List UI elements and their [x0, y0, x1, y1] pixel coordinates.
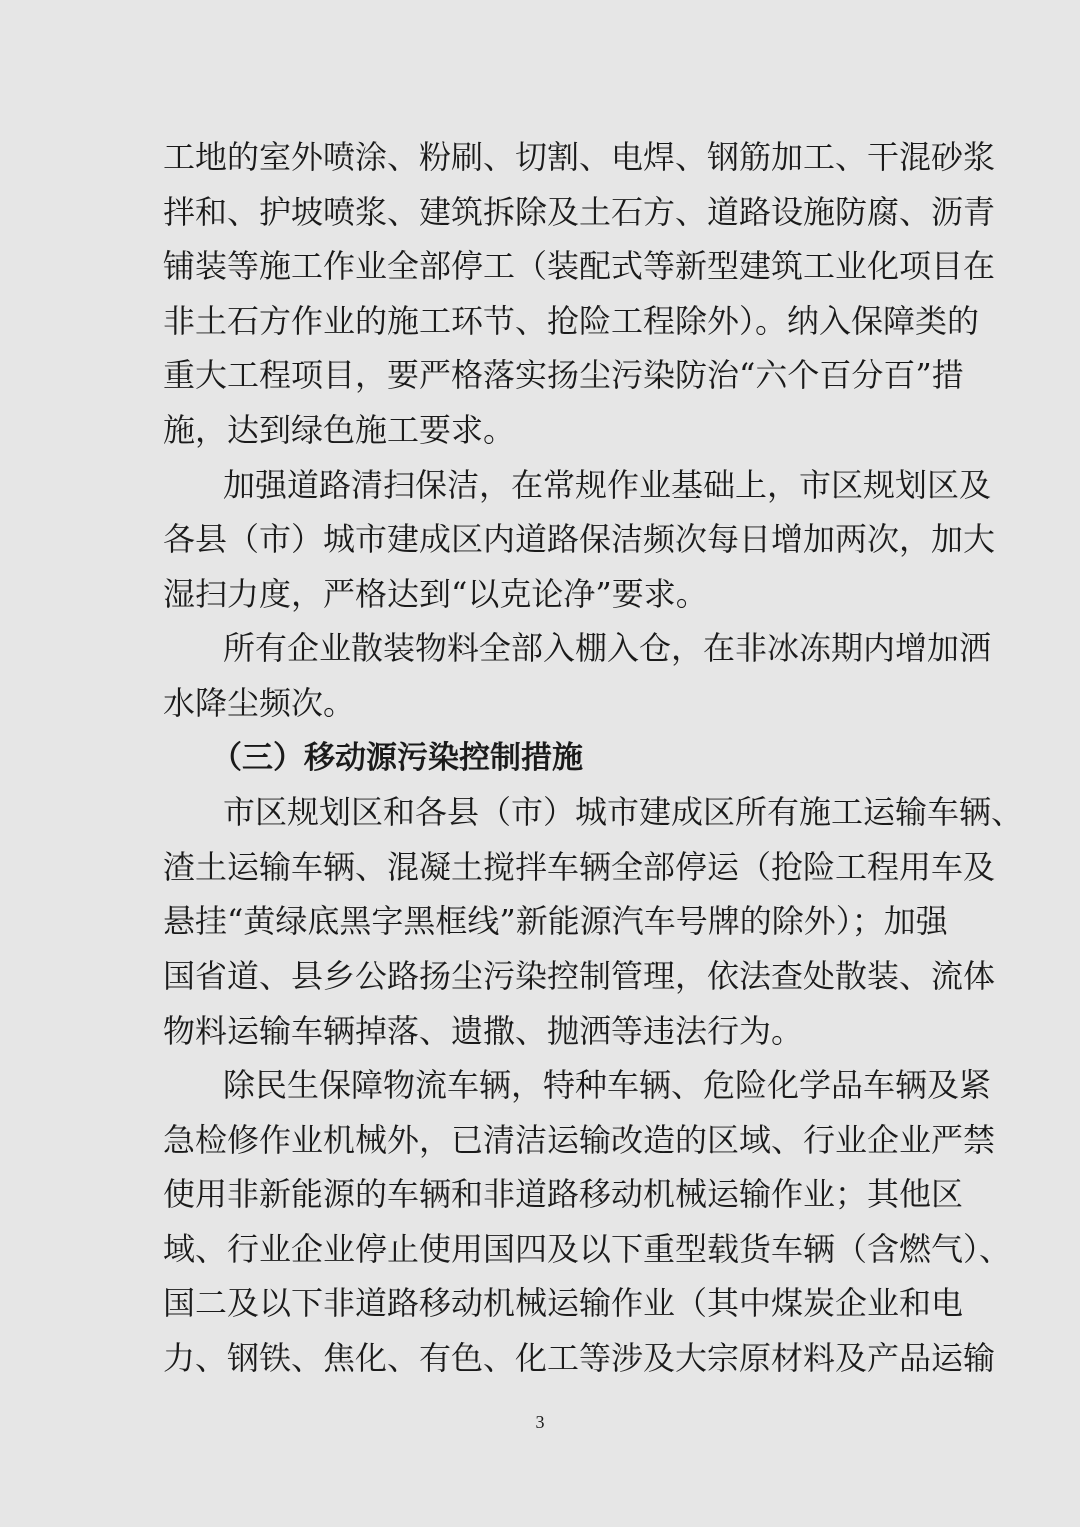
paragraph-vehicle-restrictions: 除民生保障物流车辆，特种车辆、危险化学品车辆及紧 急检修作业机械外，已清洁运输改… — [163, 1058, 915, 1386]
text-line: 各县（市）城市建成区内道路保洁频次每日增加两次，加大 — [163, 512, 915, 567]
text-line: 域、行业企业停止使用国四及以下重型载货车辆（含燃气）、 — [163, 1222, 915, 1277]
paragraph-road-cleaning: 加强道路清扫保洁，在常规作业基础上，市区规划区及 各县（市）城市建成区内道路保洁… — [163, 458, 915, 622]
paragraph-transport-vehicles: 市区规划区和各县（市）城市建成区所有施工运输车辆、 渣土运输车辆、混凝土搅拌车辆… — [163, 785, 915, 1058]
text-line: 悬挂“黄绿底黑字黑框线”新能源汽车号牌的除外）；加强 — [163, 894, 915, 949]
text-line: 市区规划区和各县（市）城市建成区所有施工运输车辆、 — [163, 785, 915, 840]
text-line: 所有企业散装物料全部入棚入仓，在非冰冻期内增加洒 — [163, 621, 915, 676]
text-line: 铺装等施工作业全部停工（装配式等新型建筑工业化项目在 — [163, 239, 915, 294]
text-line: 渣土运输车辆、混凝土搅拌车辆全部停运（抢险工程用车及 — [163, 840, 915, 895]
text-line: 加强道路清扫保洁，在常规作业基础上，市区规划区及 — [163, 458, 915, 513]
text-line: 非土石方作业的施工环节、抢险工程除外）。纳入保障类的 — [163, 294, 915, 349]
text-line: 使用非新能源的车辆和非道路移动机械运输作业；其他区 — [163, 1167, 915, 1222]
text-line: 国二及以下非道路移动机械运输作业（其中煤炭企业和电 — [163, 1276, 915, 1331]
page-number: 3 — [0, 1412, 1080, 1433]
text-line: 拌和、护坡喷浆、建筑拆除及土石方、道路设施防腐、沥青 — [163, 185, 915, 240]
text-line: 水降尘频次。 — [163, 676, 915, 731]
document-page-body: 工地的室外喷涂、粉刷、切割、电焊、钢筋加工、干混砂浆 拌和、护坡喷浆、建筑拆除及… — [163, 130, 915, 1386]
text-line: 国省道、县乡公路扬尘污染控制管理，依法查处散装、流体 — [163, 949, 915, 1004]
text-line: 施，达到绿色施工要求。 — [163, 403, 915, 458]
text-line: 工地的室外喷涂、粉刷、切割、电焊、钢筋加工、干混砂浆 — [163, 130, 915, 185]
text-line: 重大工程项目，要严格落实扬尘污染防治“六个百分百”措 — [163, 348, 915, 403]
paragraph-bulk-materials: 所有企业散装物料全部入棚入仓，在非冰冻期内增加洒 水降尘频次。 — [163, 621, 915, 730]
paragraph-construction-halt: 工地的室外喷涂、粉刷、切割、电焊、钢筋加工、干混砂浆 拌和、护坡喷浆、建筑拆除及… — [163, 130, 915, 458]
text-line: 除民生保障物流车辆，特种车辆、危险化学品车辆及紧 — [163, 1058, 915, 1113]
text-line: 力、钢铁、焦化、有色、化工等涉及大宗原材料及产品运输 — [163, 1331, 915, 1386]
section-heading-mobile-source: （三）移动源污染控制措施 — [163, 731, 915, 786]
text-line: 急检修作业机械外，已清洁运输改造的区域、行业企业严禁 — [163, 1113, 915, 1168]
text-line: 湿扫力度，严格达到“以克论净”要求。 — [163, 567, 915, 622]
text-line: 物料运输车辆掉落、遗撒、抛洒等违法行为。 — [163, 1004, 915, 1059]
